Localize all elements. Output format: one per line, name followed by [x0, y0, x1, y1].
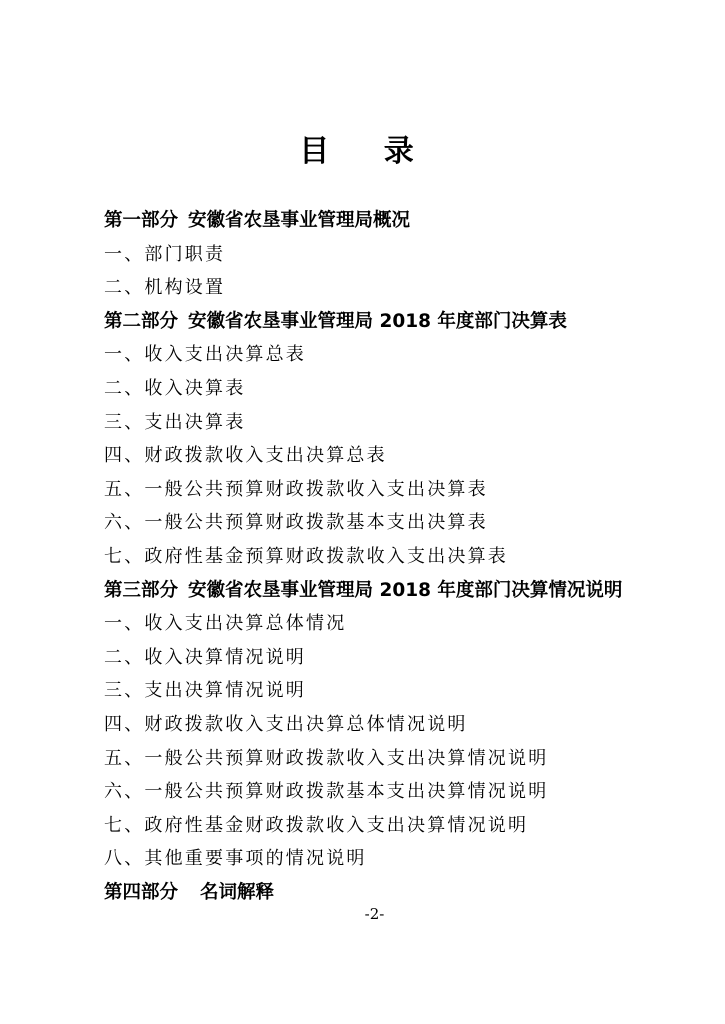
toc-item[interactable]: 二、收入决算情况说明	[104, 641, 704, 675]
toc-item[interactable]: 四、财政拨款收入支出决算总表	[104, 439, 704, 473]
toc-part-2-heading[interactable]: 第二部分安徽省农垦事业管理局 2018 年度部门决算表	[104, 305, 704, 339]
toc-item[interactable]: 六、一般公共预算财政拨款基本支出决算情况说明	[104, 775, 704, 809]
document-page: 目 录 第一部分安徽省农垦事业管理局概况 一、部门职责 二、机构设置 第二部分安…	[0, 0, 725, 1024]
part-label: 第四部分	[104, 882, 178, 903]
toc-item[interactable]: 六、一般公共预算财政拨款基本支出决算表	[104, 506, 704, 540]
toc-part-1-heading[interactable]: 第一部分安徽省农垦事业管理局概况	[104, 204, 704, 238]
page-number: -2-	[0, 905, 725, 923]
page-title: 目 录	[0, 126, 725, 170]
toc-item[interactable]: 二、收入决算表	[104, 372, 704, 406]
part-title: 安徽省农垦事业管理局 2018 年度部门决算情况说明	[188, 580, 622, 601]
toc-item[interactable]: 七、政府性基金财政拨款收入支出决算情况说明	[104, 809, 704, 843]
toc-item[interactable]: 四、财政拨款收入支出决算总体情况说明	[104, 708, 704, 742]
toc-item[interactable]: 七、政府性基金预算财政拨款收入支出决算表	[104, 540, 704, 574]
part-title: 名词解释	[200, 882, 274, 903]
toc-item[interactable]: 八、其他重要事项的情况说明	[104, 842, 704, 876]
toc-item[interactable]: 一、收入支出决算总体情况	[104, 607, 704, 641]
toc-item[interactable]: 三、支出决算表	[104, 406, 704, 440]
toc-item[interactable]: 三、支出决算情况说明	[104, 674, 704, 708]
toc-part-3-heading[interactable]: 第三部分安徽省农垦事业管理局 2018 年度部门决算情况说明	[104, 574, 704, 608]
part-label: 第一部分	[104, 210, 178, 231]
part-label: 第三部分	[104, 580, 178, 601]
toc-item[interactable]: 二、机构设置	[104, 271, 704, 305]
toc-item[interactable]: 一、部门职责	[104, 238, 704, 272]
table-of-contents: 第一部分安徽省农垦事业管理局概况 一、部门职责 二、机构设置 第二部分安徽省农垦…	[104, 204, 704, 909]
part-title: 安徽省农垦事业管理局概况	[188, 210, 410, 231]
toc-item[interactable]: 五、一般公共预算财政拨款收入支出决算情况说明	[104, 742, 704, 776]
toc-item[interactable]: 一、收入支出决算总表	[104, 338, 704, 372]
toc-item[interactable]: 五、一般公共预算财政拨款收入支出决算表	[104, 473, 704, 507]
part-title: 安徽省农垦事业管理局 2018 年度部门决算表	[188, 311, 567, 332]
part-label: 第二部分	[104, 311, 178, 332]
